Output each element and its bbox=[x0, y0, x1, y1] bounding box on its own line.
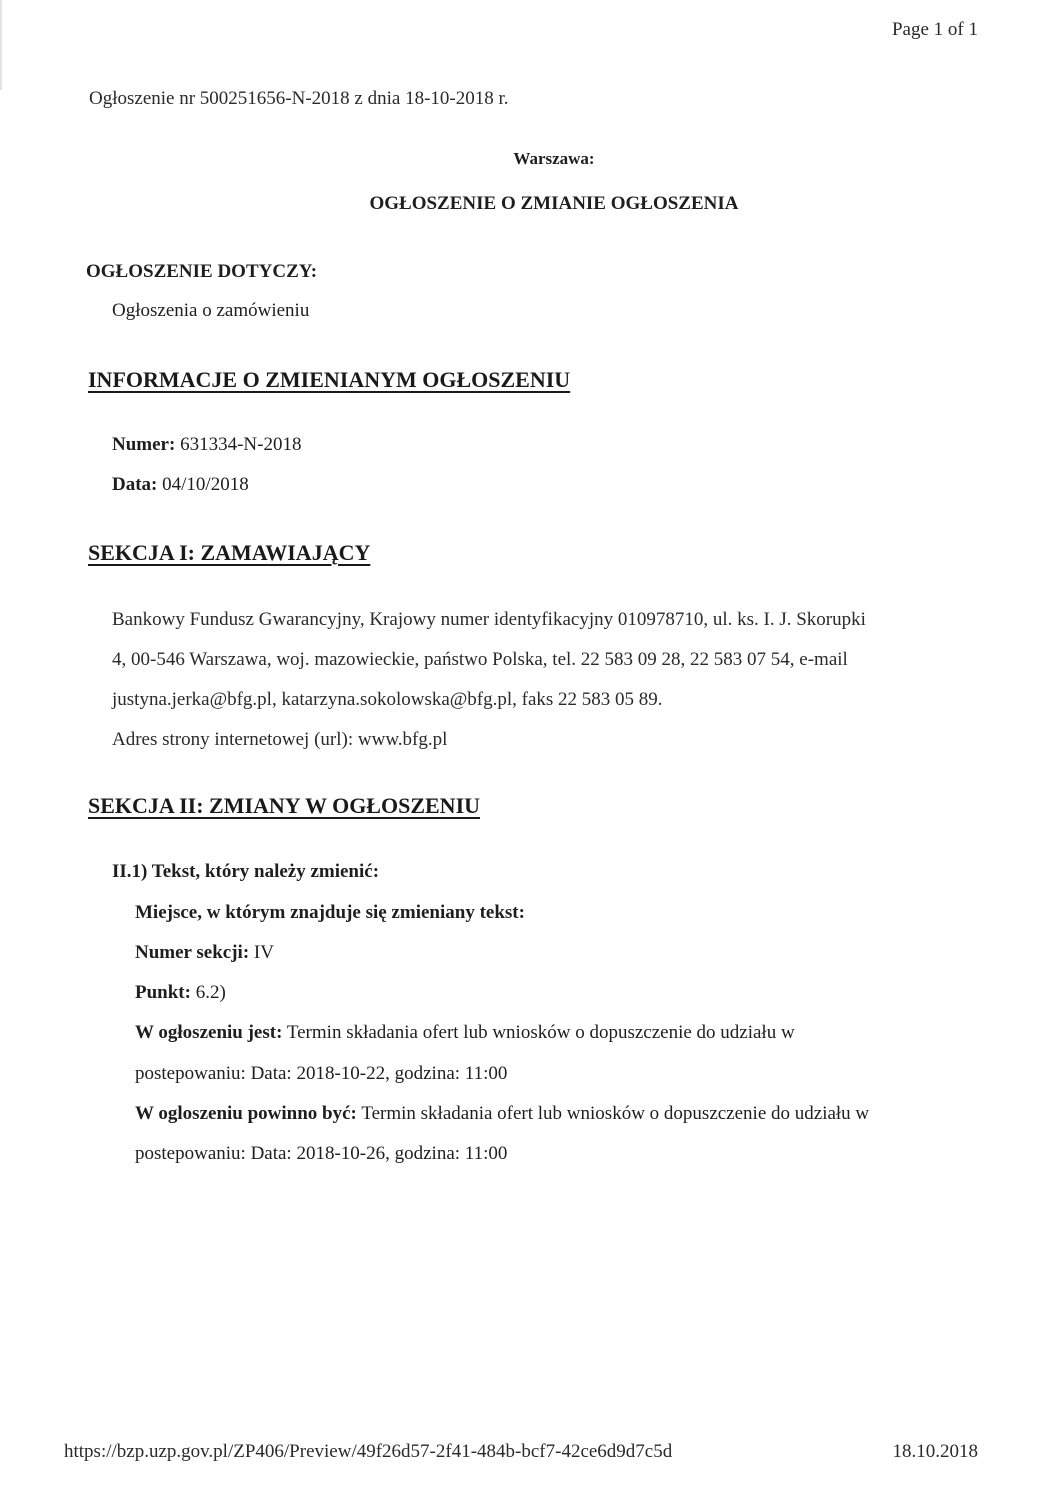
new-text-value: Termin składania ofert lub wniosków o do… bbox=[361, 1103, 869, 1124]
footer-date: 18.10.2018 bbox=[893, 1441, 979, 1463]
change-location-label: Miejsce, w którym znajduje się zmieniany… bbox=[135, 902, 525, 924]
date-value: 04/10/2018 bbox=[162, 474, 249, 495]
item-ii1-heading: II.1) Tekst, który należy zmienić: bbox=[112, 861, 379, 883]
new-text-line-2: postepowaniu: Data: 2018-10-26, godzina:… bbox=[135, 1143, 507, 1165]
page-indicator: Page 1 of 1 bbox=[892, 19, 978, 41]
authority-line: Adres strony internetowej (url): www.bfg… bbox=[112, 720, 972, 760]
current-text-line-1: W ogłoszeniu jest: Termin składania ofer… bbox=[135, 1022, 795, 1044]
section-number-label: Numer sekcji: bbox=[135, 942, 249, 963]
section-1-heading: SEKCJA I: ZAMAWIAJĄCY bbox=[88, 540, 370, 566]
point-label: Punkt: bbox=[135, 982, 191, 1003]
scan-edge-shadow bbox=[0, 0, 3, 90]
section-number: Numer sekcji: IV bbox=[135, 942, 274, 964]
notice-concerns-value: Ogłoszenia o zamówieniu bbox=[112, 300, 309, 322]
current-text-label: W ogłoszeniu jest: bbox=[135, 1022, 282, 1043]
footer-url: https://bzp.uzp.gov.pl/ZP406/Preview/49f… bbox=[64, 1441, 672, 1463]
changed-notice-date: Data: 04/10/2018 bbox=[112, 474, 249, 496]
notice-number-line: Ogłoszenie nr 500251656-N-2018 z dnia 18… bbox=[89, 88, 509, 110]
authority-line: Bankowy Fundusz Gwarancyjny, Krajowy num… bbox=[112, 600, 972, 640]
number-value: 631334-N-2018 bbox=[180, 434, 301, 455]
current-text-line-2: postepowaniu: Data: 2018-10-22, godzina:… bbox=[135, 1063, 507, 1085]
notice-concerns-heading: OGŁOSZENIE DOTYCZY: bbox=[86, 261, 317, 283]
contracting-authority-details: Bankowy Fundusz Gwarancyjny, Krajowy num… bbox=[112, 600, 972, 760]
point-value: 6.2) bbox=[196, 982, 226, 1003]
new-text-label: W ogloszeniu powinno być: bbox=[135, 1103, 357, 1124]
city-heading: Warszawa: bbox=[0, 149, 1058, 169]
changed-notice-info-heading: INFORMACJE O ZMIENIANYM OGŁOSZENIU bbox=[88, 367, 570, 393]
changed-notice-number: Numer: 631334-N-2018 bbox=[112, 434, 301, 456]
authority-line: justyna.jerka@bfg.pl, katarzyna.sokolows… bbox=[112, 680, 972, 720]
date-label: Data: bbox=[112, 474, 157, 495]
section-2-heading: SEKCJA II: ZMIANY W OGŁOSZENIU bbox=[88, 793, 480, 819]
authority-line: 4, 00-546 Warszawa, woj. mazowieckie, pa… bbox=[112, 640, 972, 680]
current-text-value: Termin składania ofert lub wniosków o do… bbox=[287, 1022, 795, 1043]
document-title: OGŁOSZENIE O ZMIANIE OGŁOSZENIA bbox=[0, 193, 1058, 215]
number-label: Numer: bbox=[112, 434, 175, 455]
new-text-line-1: W ogloszeniu powinno być: Termin składan… bbox=[135, 1103, 869, 1125]
point: Punkt: 6.2) bbox=[135, 982, 226, 1004]
section-number-value: IV bbox=[254, 942, 274, 963]
